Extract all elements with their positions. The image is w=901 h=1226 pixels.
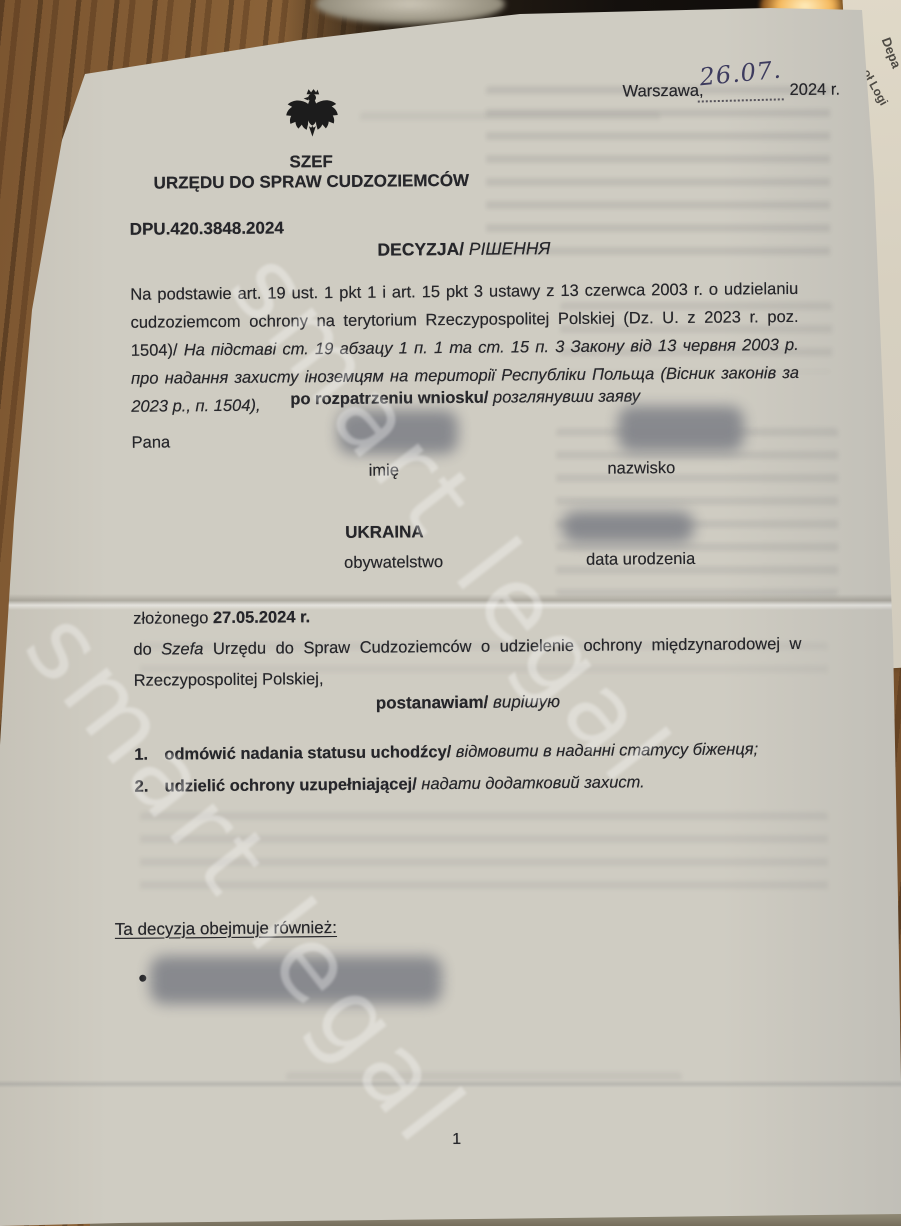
bullet-point [139,975,146,982]
document-page: Warszawa, 26.07. 2024 r. SZEF URZĘDU DO … [0,0,901,1226]
citizenship-value: UKRAINA [319,522,449,543]
date-year: 2024 r. [789,81,840,100]
resolution-list: 1. odmówić nadania statusu uchodźcy/ від… [134,733,785,803]
decision-heading: DECYZJA/ РІШЕННЯ [130,236,798,263]
redacted-first-name [338,410,458,454]
submission-date: 27.05.2024 r. [213,608,310,627]
letterhead-office: URZĘDU DO SPRAW CUDZOZIEMCÓW [151,171,471,194]
submission-pre: do [133,641,161,659]
case-number: DPU.420.3848.2024 [130,218,284,239]
submission-rest: Urzędu do Spraw Cudzoziemców o udzieleni… [134,635,802,690]
photo-scene: Depa oł Logi Warszawa, 26.07. 2024 r. [0,0,901,1226]
citizenship-label: obywatelstwo [314,553,474,573]
after-review-ua: розглянувши заяву [488,387,640,406]
redacted-last-name [618,406,744,452]
resolution-heading-ua: вирішую [488,692,560,712]
resolution-pl: udzielić ochrony uzupełniającej/ [165,775,417,795]
submission-prefix: złożonego [133,609,213,628]
redacted-birth-date [562,511,694,543]
scope-note: Ta decyzja obejmuje również: [115,918,337,940]
redacted-family-member [150,956,442,1004]
after-review-pl: po rozpatrzeniu wniosku/ [290,389,488,409]
decision-heading-ua: РІШЕННЯ [464,238,551,259]
resolution-item: 2. udzielić ochrony uzupełniającej/ нада… [134,765,784,803]
letterhead-title: SZEF [151,151,471,174]
letterhead: SZEF URZĘDU DO SPRAW CUDZOZIEMCÓW [151,151,471,194]
submission-office-italic: Szefa [161,640,203,658]
staple-mark [74,40,124,48]
resolution-heading-pl: postanawiam/ [376,693,489,713]
decision-heading-pl: DECYZJA/ [377,239,464,260]
resolution-number: 2. [134,770,164,802]
second-page-text-fragment: Depa [879,35,901,70]
birth-date-label: data urodzenia [570,550,712,570]
last-name-label: nazwisko [574,459,709,479]
resolution-item: 1. odmówić nadania statusu uchodźcy/ від… [134,733,784,771]
polish-eagle-emblem [285,87,339,137]
salutation: Pana [132,433,171,452]
resolution-ua: надати додатковий захист. [417,773,645,793]
document-content: Warszawa, 26.07. 2024 r. SZEF URZĘDU DO … [0,0,901,1226]
resolution-pl: odmówić nadania statusu uchodźcy/ [164,743,451,764]
resolution-number: 1. [134,738,164,770]
submission-date-line: złożonego 27.05.2024 r. [133,608,310,629]
date-city: Warszawa, [622,82,703,102]
first-name-label: imię [329,461,439,481]
page-number: 1 [427,1131,487,1150]
submission-paragraph: do Szefa Urzędu do Spraw Cudzoziemców o … [133,629,802,697]
resolution-ua: відмовити в наданні статусу біженця; [451,740,758,761]
